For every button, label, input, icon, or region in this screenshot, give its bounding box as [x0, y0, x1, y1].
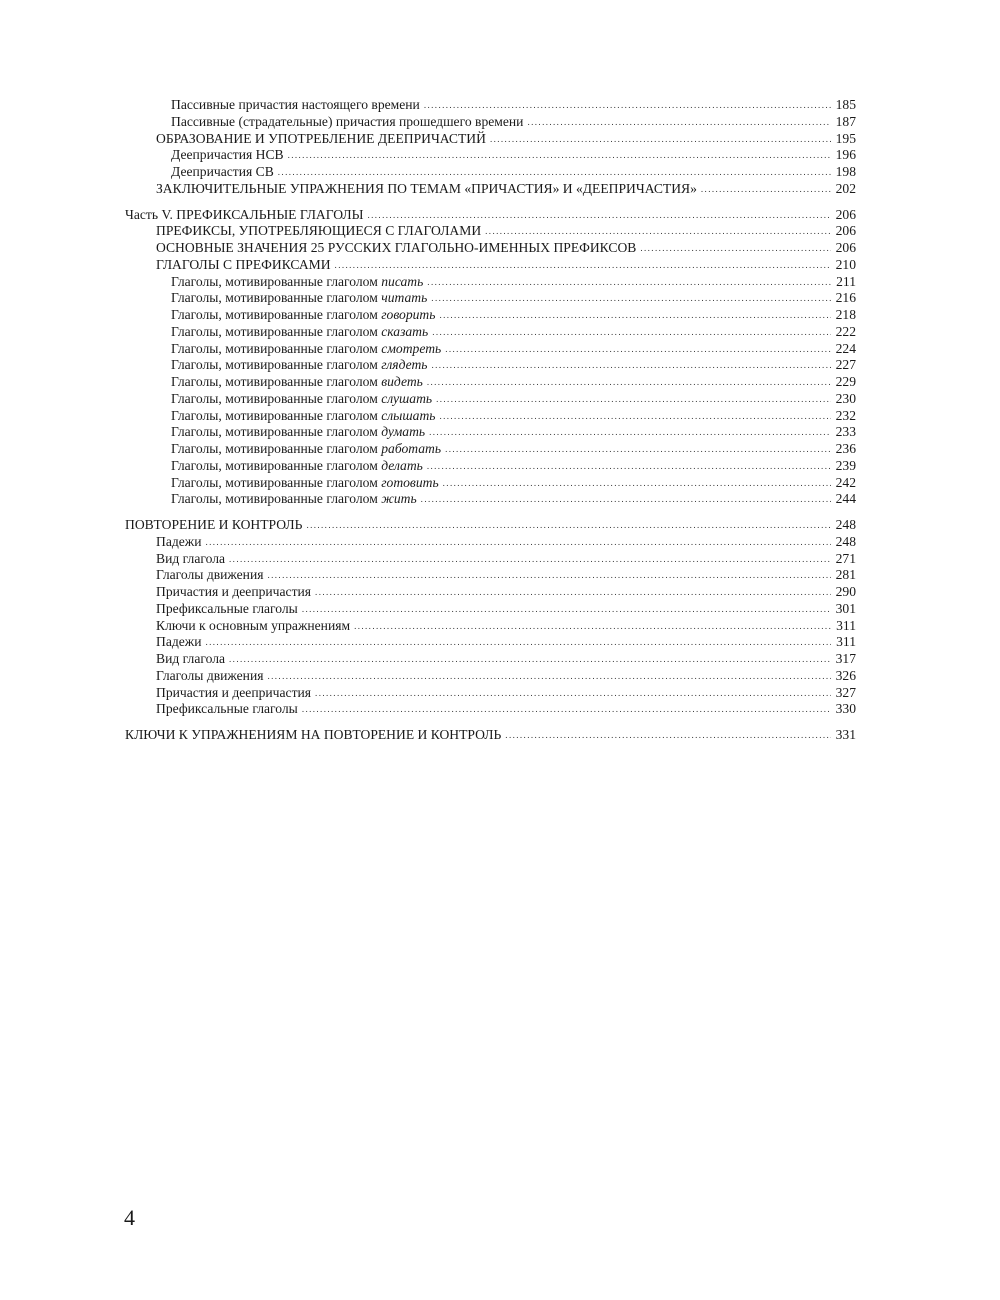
- toc-entry-page: 330: [834, 701, 856, 718]
- toc-entry-title: Часть V. ПРЕФИКСАЛЬНЫЕ ГЛАГОЛЫ: [125, 207, 363, 224]
- toc-entry-page: 236: [834, 441, 856, 458]
- toc-entry-page: 206: [834, 207, 856, 224]
- toc-entry-3[interactable]: Деепричастия НСВ 196: [125, 147, 856, 164]
- toc-entry-verb: сказать: [381, 324, 428, 339]
- toc-entry-page: 206: [834, 240, 856, 257]
- toc-entry-title: ОСНОВНЫЕ ЗНАЧЕНИЯ 25 РУССКИХ ГЛАГОЛЬНО-И…: [156, 240, 636, 257]
- toc-entry-29[interactable]: Префиксальные глаголы 301: [125, 601, 856, 618]
- leader-dots: [267, 567, 831, 584]
- toc-entry-11[interactable]: Глаголы, мотивированные глаголом читать …: [125, 290, 856, 307]
- toc-entry-verb: слышать: [381, 408, 435, 423]
- toc-entry-title: Деепричастия НСВ: [171, 147, 284, 164]
- page-number: 4: [124, 1205, 135, 1231]
- leader-dots: [490, 131, 831, 148]
- leader-dots: [485, 223, 831, 240]
- toc-entry-verb: видеть: [381, 374, 423, 389]
- toc-entry-page: 239: [834, 458, 856, 475]
- toc-entry-4[interactable]: Деепричастия СВ 198: [125, 164, 856, 181]
- leader-dots: [421, 491, 831, 508]
- toc-entry-page: 222: [834, 324, 856, 341]
- toc-entry-verb: смотреть: [381, 341, 441, 356]
- toc-entry-page: 187: [834, 114, 856, 131]
- toc-entry-title: Пассивные причастия настоящего времени: [171, 97, 420, 114]
- toc-entry-page: 326: [834, 668, 856, 685]
- toc-entry-title: Глаголы, мотивированные глаголом слушать: [171, 391, 432, 408]
- toc-entry-5[interactable]: ЗАКЛЮЧИТЕЛЬНЫЕ УПРАЖНЕНИЯ ПО ТЕМАМ «ПРИЧ…: [125, 181, 856, 198]
- leader-dots: [306, 517, 831, 534]
- toc-entry-title: Глаголы движения: [156, 567, 263, 584]
- toc-entry-page: 196: [834, 147, 856, 164]
- toc-entry-title: Глаголы, мотивированные глаголом слышать: [171, 408, 435, 425]
- toc-entry-9[interactable]: ГЛАГОЛЫ С ПРЕФИКСАМИ 210: [125, 257, 856, 274]
- leader-dots: [427, 274, 831, 291]
- toc-entry-title: Глаголы, мотивированные глаголом читать: [171, 290, 427, 307]
- toc-entry-page: 210: [834, 257, 856, 274]
- toc-entry-title: Ключи к основным упражнениям: [156, 618, 350, 635]
- toc-entry-page: 227: [834, 357, 856, 374]
- leader-dots: [439, 408, 831, 425]
- toc-entry-title: Причастия и деепричастия: [156, 685, 311, 702]
- toc-entry-page: 317: [834, 651, 856, 668]
- toc-entry-page: 195: [834, 131, 856, 148]
- toc-entry-verb: писать: [381, 274, 423, 289]
- toc-entry-30[interactable]: Ключи к основным упражнениям 311: [125, 618, 856, 635]
- toc-entry-page: 216: [834, 290, 856, 307]
- toc-entry-title: ЗАКЛЮЧИТЕЛЬНЫЕ УПРАЖНЕНИЯ ПО ТЕМАМ «ПРИЧ…: [156, 181, 697, 198]
- toc-entry-page: 244: [834, 491, 856, 508]
- toc-entry-8[interactable]: ОСНОВНЫЕ ЗНАЧЕНИЯ 25 РУССКИХ ГЛАГОЛЬНО-И…: [125, 240, 856, 257]
- leader-dots: [439, 307, 831, 324]
- toc-entry-12[interactable]: Глаголы, мотивированные глаголом говорит…: [125, 307, 856, 324]
- toc-entry-title: Падежи: [156, 534, 201, 551]
- leader-dots: [205, 634, 831, 651]
- toc-entry-page: 211: [834, 274, 856, 291]
- toc-entry-page: 198: [834, 164, 856, 181]
- toc-entry-23[interactable]: Глаголы, мотивированные глаголом жить 24…: [125, 491, 856, 508]
- toc-entry-page: 311: [834, 618, 856, 635]
- toc-entry-title: Вид глагола: [156, 551, 225, 568]
- toc-entry-title: Глаголы, мотивированные глаголом видеть: [171, 374, 423, 391]
- leader-dots: [429, 424, 831, 441]
- toc-entry-33[interactable]: Глаголы движения 326: [125, 668, 856, 685]
- toc-entry-15[interactable]: Глаголы, мотивированные глаголом глядеть…: [125, 357, 856, 374]
- toc-entry-title: Падежи: [156, 634, 201, 651]
- toc-entry-title: Глаголы, мотивированные глаголом сказать: [171, 324, 428, 341]
- toc-entry-title: Вид глагола: [156, 651, 225, 668]
- toc-entry-19[interactable]: Глаголы, мотивированные глаголом думать …: [125, 424, 856, 441]
- toc-entry-page: 301: [834, 601, 856, 618]
- toc-entry-2[interactable]: ОБРАЗОВАНИЕ И УПОТРЕБЛЕНИЕ ДЕЕПРИЧАСТИЙ …: [125, 131, 856, 148]
- toc-entry-18[interactable]: Глаголы, мотивированные глаголом слышать…: [125, 408, 856, 425]
- toc-entry-20[interactable]: Глаголы, мотивированные глаголом работат…: [125, 441, 856, 458]
- leader-dots: [302, 701, 831, 718]
- leader-dots: [436, 391, 831, 408]
- table-of-contents: Пассивные причастия настоящего времени 1…: [125, 97, 856, 744]
- leader-dots: [278, 164, 831, 181]
- toc-entry-page: 281: [834, 567, 856, 584]
- toc-entry-title: Глаголы, мотивированные глаголом готовит…: [171, 475, 439, 492]
- leader-dots: [267, 668, 831, 685]
- toc-entry-title: Глаголы, мотивированные глаголом говорит…: [171, 307, 435, 324]
- toc-entry-10[interactable]: Глаголы, мотивированные глаголом писать …: [125, 274, 856, 291]
- leader-dots: [427, 374, 831, 391]
- toc-entry-verb: работать: [381, 441, 441, 456]
- toc-entry-title: Префиксальные глаголы: [156, 701, 298, 718]
- toc-entry-16[interactable]: Глаголы, мотивированные глаголом видеть …: [125, 374, 856, 391]
- toc-entry-page: 232: [834, 408, 856, 425]
- toc-entry-17[interactable]: Глаголы, мотивированные глаголом слушать…: [125, 391, 856, 408]
- leader-dots: [701, 181, 831, 198]
- toc-entry-page: 248: [834, 534, 856, 551]
- toc-entry-title: Глаголы, мотивированные глаголом глядеть: [171, 357, 428, 374]
- toc-entry-page: 311: [834, 634, 856, 651]
- toc-entry-28[interactable]: Причастия и деепричастия 290: [125, 584, 856, 601]
- leader-dots: [527, 114, 831, 131]
- leader-dots: [424, 97, 831, 114]
- toc-entry-0[interactable]: Пассивные причастия настоящего времени 1…: [125, 97, 856, 114]
- toc-entry-page: 327: [834, 685, 856, 702]
- toc-entry-title: Глаголы, мотивированные глаголом писать: [171, 274, 423, 291]
- leader-dots: [432, 357, 832, 374]
- leader-dots: [640, 240, 831, 257]
- toc-entry-27[interactable]: Глаголы движения 281: [125, 567, 856, 584]
- toc-entry-title: Пассивные (страдательные) причастия прош…: [171, 114, 523, 131]
- toc-entry-21[interactable]: Глаголы, мотивированные глаголом делать …: [125, 458, 856, 475]
- leader-dots: [302, 601, 831, 618]
- toc-entry-13[interactable]: Глаголы, мотивированные глаголом сказать…: [125, 324, 856, 341]
- toc-entry-title: ОБРАЗОВАНИЕ И УПОТРЕБЛЕНИЕ ДЕЕПРИЧАСТИЙ: [156, 131, 486, 148]
- toc-entry-25[interactable]: Падежи 248: [125, 534, 856, 551]
- toc-entry-title: ГЛАГОЛЫ С ПРЕФИКСАМИ: [156, 257, 331, 274]
- toc-entry-7[interactable]: ПРЕФИКСЫ, УПОТРЕБЛЯЮЩИЕСЯ С ГЛАГОЛАМИ 20…: [125, 223, 856, 240]
- toc-entry-page: 206: [834, 223, 856, 240]
- leader-dots: [445, 341, 831, 358]
- leader-dots: [432, 324, 831, 341]
- leader-dots: [445, 441, 831, 458]
- toc-entry-page: 233: [834, 424, 856, 441]
- toc-entry-page: 331: [834, 727, 856, 744]
- toc-entry-1[interactable]: Пассивные (страдательные) причастия прош…: [125, 114, 856, 131]
- toc-entry-title: Глаголы, мотивированные глаголом думать: [171, 424, 425, 441]
- toc-entry-verb: слушать: [381, 391, 432, 406]
- toc-entry-title: ПОВТОРЕНИЕ И КОНТРОЛЬ: [125, 517, 302, 534]
- toc-entry-page: 218: [834, 307, 856, 324]
- toc-entry-verb: глядеть: [381, 357, 427, 372]
- toc-entry-verb: готовить: [381, 475, 438, 490]
- leader-dots: [315, 584, 831, 601]
- toc-entry-verb: говорить: [381, 307, 435, 322]
- leader-dots: [205, 534, 831, 551]
- leader-dots: [335, 257, 831, 274]
- toc-entry-page: 248: [834, 517, 856, 534]
- toc-entry-title: Глаголы, мотивированные глаголом работат…: [171, 441, 441, 458]
- leader-dots: [354, 618, 831, 635]
- leader-dots: [431, 290, 831, 307]
- toc-entry-title: Глаголы движения: [156, 668, 263, 685]
- toc-entry-verb: думать: [381, 424, 425, 439]
- toc-entry-page: 229: [834, 374, 856, 391]
- toc-entry-6[interactable]: Часть V. ПРЕФИКСАЛЬНЫЕ ГЛАГОЛЫ 206: [125, 207, 856, 224]
- toc-entry-page: 185: [834, 97, 856, 114]
- toc-entry-page: 242: [834, 475, 856, 492]
- toc-entry-24[interactable]: ПОВТОРЕНИЕ И КОНТРОЛЬ 248: [125, 517, 856, 534]
- leader-dots: [443, 475, 831, 492]
- toc-entry-title: Глаголы, мотивированные глаголом смотрет…: [171, 341, 441, 358]
- toc-entry-title: Деепричастия СВ: [171, 164, 274, 181]
- toc-entry-36[interactable]: КЛЮЧИ К УПРАЖНЕНИЯМ НА ПОВТОРЕНИЕ И КОНТ…: [125, 727, 856, 744]
- leader-dots: [505, 727, 831, 744]
- leader-dots: [229, 551, 831, 568]
- toc-entry-title: ПРЕФИКСЫ, УПОТРЕБЛЯЮЩИЕСЯ С ГЛАГОЛАМИ: [156, 223, 481, 240]
- toc-entry-22[interactable]: Глаголы, мотивированные глаголом готовит…: [125, 475, 856, 492]
- toc-entry-verb: жить: [381, 491, 416, 506]
- toc-entry-page: 271: [834, 551, 856, 568]
- toc-entry-verb: делать: [381, 458, 423, 473]
- toc-entry-title: Причастия и деепричастия: [156, 584, 311, 601]
- toc-entry-31[interactable]: Падежи 311: [125, 634, 856, 651]
- toc-entry-page: 230: [834, 391, 856, 408]
- toc-entry-verb: читать: [381, 290, 427, 305]
- leader-dots: [427, 458, 831, 475]
- toc-entry-35[interactable]: Префиксальные глаголы 330: [125, 701, 856, 718]
- toc-entry-14[interactable]: Глаголы, мотивированные глаголом смотрет…: [125, 341, 856, 358]
- toc-entry-title: Глаголы, мотивированные глаголом делать: [171, 458, 423, 475]
- leader-dots: [315, 685, 831, 702]
- toc-entry-title: КЛЮЧИ К УПРАЖНЕНИЯМ НА ПОВТОРЕНИЕ И КОНТ…: [125, 727, 501, 744]
- toc-entry-title: Префиксальные глаголы: [156, 601, 298, 618]
- toc-entry-26[interactable]: Вид глагола 271: [125, 551, 856, 568]
- leader-dots: [288, 147, 831, 164]
- leader-dots: [367, 207, 831, 224]
- toc-entry-page: 202: [834, 181, 856, 198]
- toc-entry-title: Глаголы, мотивированные глаголом жить: [171, 491, 417, 508]
- toc-entry-32[interactable]: Вид глагола 317: [125, 651, 856, 668]
- leader-dots: [229, 651, 831, 668]
- toc-entry-page: 290: [834, 584, 856, 601]
- toc-entry-page: 224: [834, 341, 856, 358]
- toc-entry-34[interactable]: Причастия и деепричастия 327: [125, 685, 856, 702]
